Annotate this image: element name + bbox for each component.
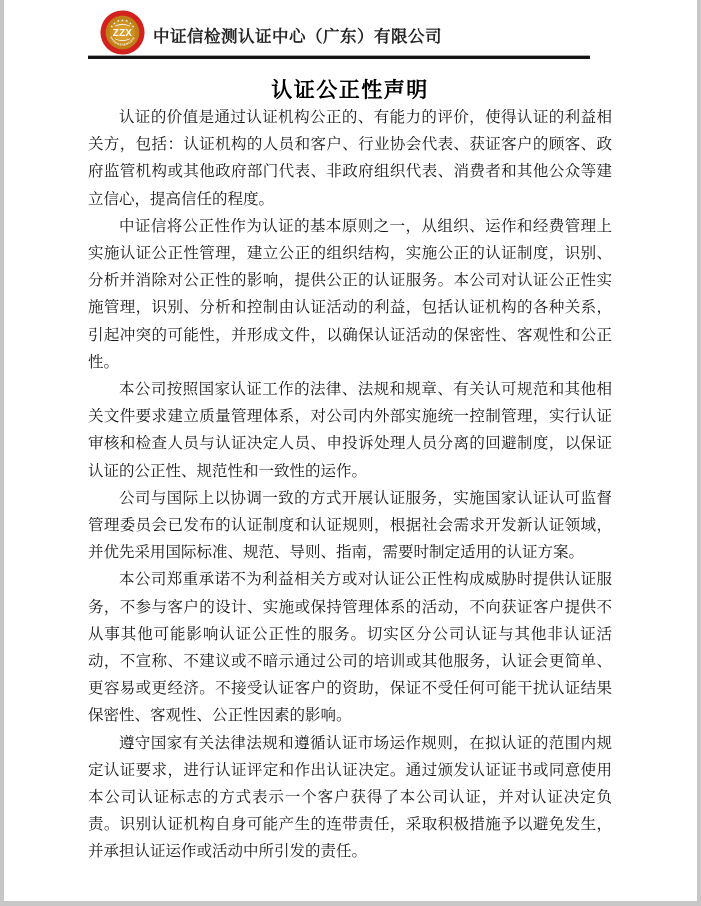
paragraph-3: 本公司按照国家认证工作的法律、法规和规章、有关认可规范和其他相关文件要求建立质量… xyxy=(88,376,612,485)
page-title: 认证公正性声明 xyxy=(88,74,612,104)
paragraph-4: 公司与国际上以协调一致的方式开展认证服务，实施国家认证认可监督管理委员会已发布的… xyxy=(88,485,612,567)
paragraph-2: 中证信将公正性作为认证的基本原则之一，从组织、运作和经费管理上实施认证公正性管理… xyxy=(88,213,612,376)
document-body: 认证的价值是通过认证机构公正的、有能力的评价，使得认证的利益相关方，包括：认证机… xyxy=(88,104,612,866)
logo-text: ZZX xyxy=(113,28,133,39)
paragraph-5: 本公司郑重承诺不为利益相关方或对认证公正性构成威胁时提供认证服务，不参与客户的设… xyxy=(88,566,612,729)
paragraph-6: 遵守国家有关法律法规和遵循认证市场运作规则，在拟认证的范围内规定认证要求，进行认… xyxy=(88,730,612,866)
company-logo-icon: ZZX ★ ★ ★ ★ ★ ★ ★ ZHONGZHENGXIN xyxy=(100,10,145,55)
viewer-canvas: ZZX ★ ★ ★ ★ ★ ★ ★ ZHONGZHENGXIN 中证信检测认证中… xyxy=(0,0,701,906)
header-divider xyxy=(88,55,590,59)
document-page: ZZX ★ ★ ★ ★ ★ ★ ★ ZHONGZHENGXIN 中证信检测认证中… xyxy=(4,0,697,901)
company-name: 中证信检测认证中心（广东）有限公司 xyxy=(153,23,442,47)
paragraph-1: 认证的价值是通过认证机构公正的、有能力的评价，使得认证的利益相关方，包括：认证机… xyxy=(88,104,612,213)
